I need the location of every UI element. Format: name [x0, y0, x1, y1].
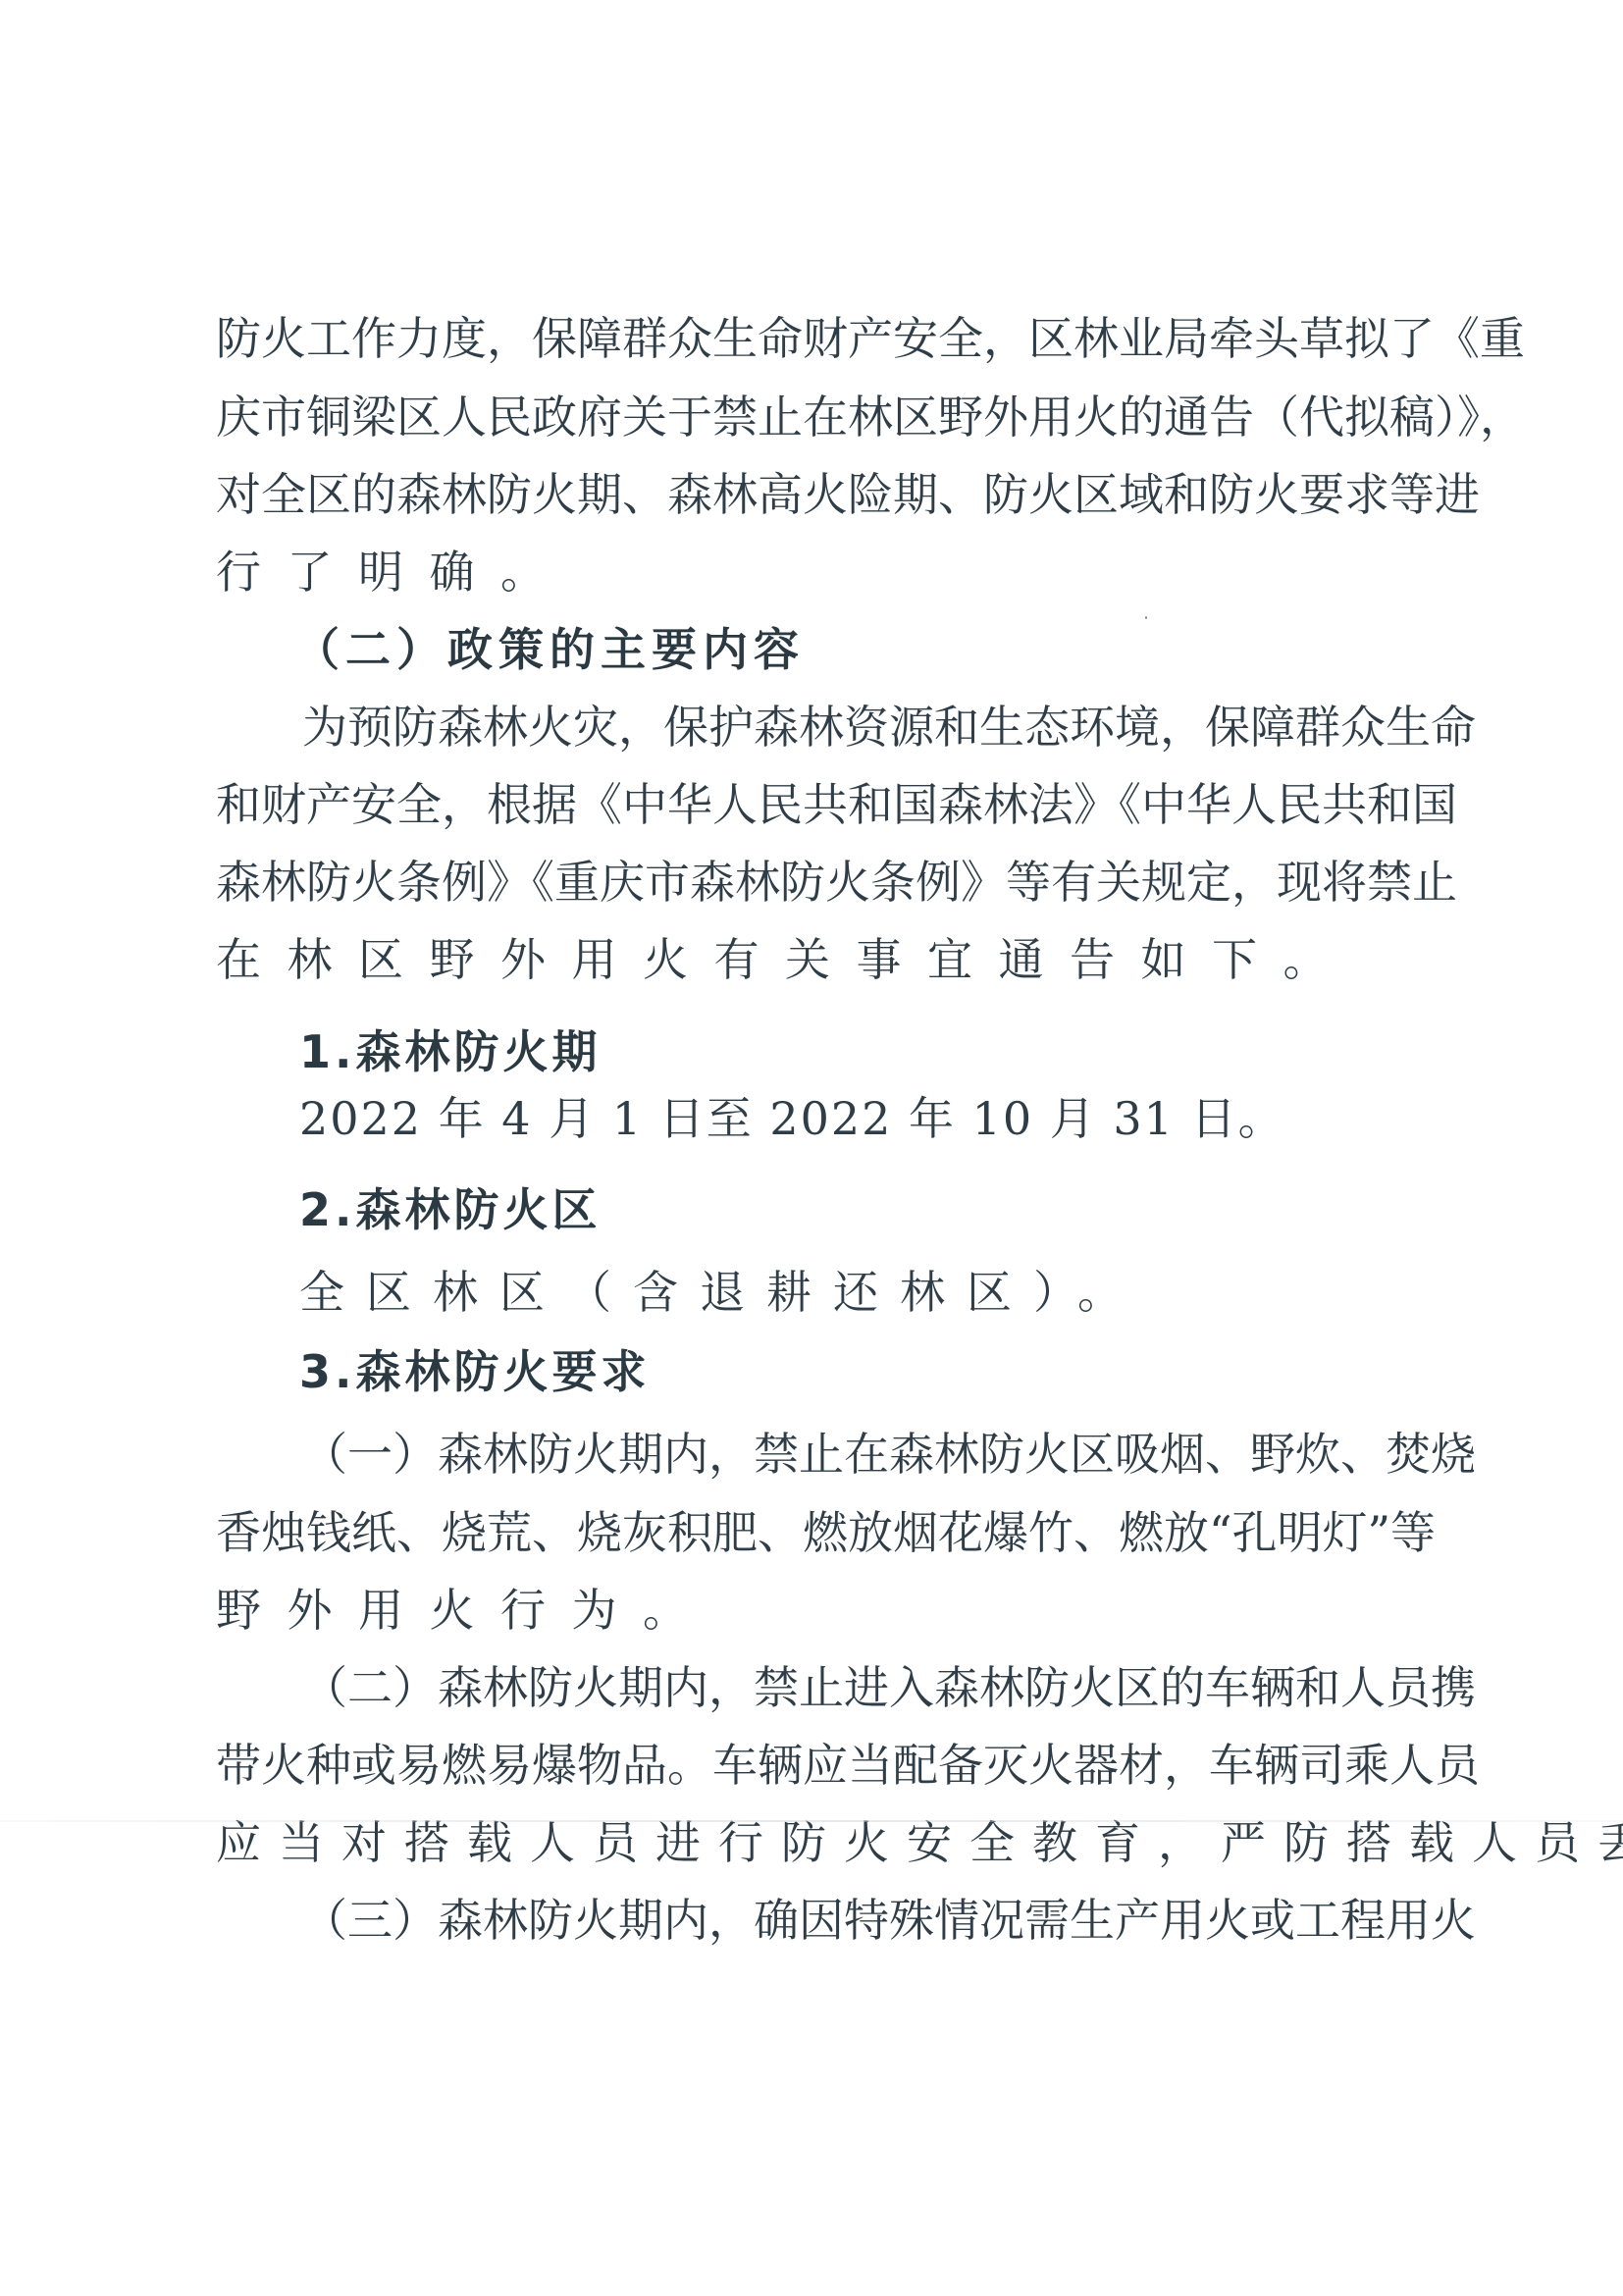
- text-line: 庆市铜梁区人民政府关于禁止在林区野外用火的通告（代拟稿）》，: [216, 388, 1425, 446]
- text-line: （三）森林防火期内，确因特殊情况需生产用火或工程用火: [302, 1891, 1425, 1950]
- text-line: 防火工作力度，保障群众生命财产安全，区林业局牵头草拟了《重: [216, 309, 1425, 368]
- scan-artifact-line: [0, 1820, 1623, 1822]
- text-line: 香烛钱纸、烧荒、烧灰积肥、燃放烟花爆竹、燃放“孔明灯”等: [216, 1503, 1425, 1562]
- item-1-heading: 1.森林防火期: [299, 1022, 1508, 1081]
- scan-speck: [1145, 616, 1147, 619]
- text-line: （一）森林防火期内，禁止在森林防火区吸烟、野炊、焚烧: [302, 1425, 1425, 1484]
- text-line: （二）森林防火期内，禁止进入森林防火区的车辆和人员携: [302, 1658, 1425, 1717]
- text-line: 带火种或易燃易爆物品。车辆应当配备灭火器材，车辆司乘人员: [216, 1736, 1425, 1795]
- text-line: 应当对搭载人员进行防火安全教育，严防搭载人员丢弃火种。: [216, 1813, 1425, 1872]
- item-2-content: 全区林区（含退耕还林区）。: [299, 1263, 1508, 1322]
- text-line: 对全区的森林防火期、森林高火险期、防火区域和防火要求等进: [216, 465, 1425, 524]
- document-page: 防火工作力度，保障群众生命财产安全，区林业局牵头草拟了《重 庆市铜梁区人民政府关…: [0, 0, 1623, 2296]
- text-line: 森林防火条例》《重庆市森林防火条例》等有关规定，现将禁止: [216, 853, 1425, 912]
- item-2-heading: 2.森林防火区: [299, 1180, 1508, 1239]
- text-line: 和财产安全，根据《中华人民共和国森林法》《中华人民共和国: [216, 775, 1425, 834]
- text-line: 为预防森林火灾，保护森林资源和生态环境，保障群众生命: [302, 698, 1425, 757]
- text-line: 行了明确。: [216, 543, 1425, 601]
- section-heading: （二）政策的主要内容: [294, 620, 1503, 679]
- item-1-content: 2022 年 4 月 1 日至 2022 年 10 月 31 日。: [299, 1089, 1508, 1148]
- text-line: 野外用火行为。: [216, 1581, 1425, 1640]
- item-3-heading: 3.森林防火要求: [299, 1342, 1508, 1401]
- text-line: 在林区野外用火有关事宜通告如下。: [216, 930, 1425, 989]
